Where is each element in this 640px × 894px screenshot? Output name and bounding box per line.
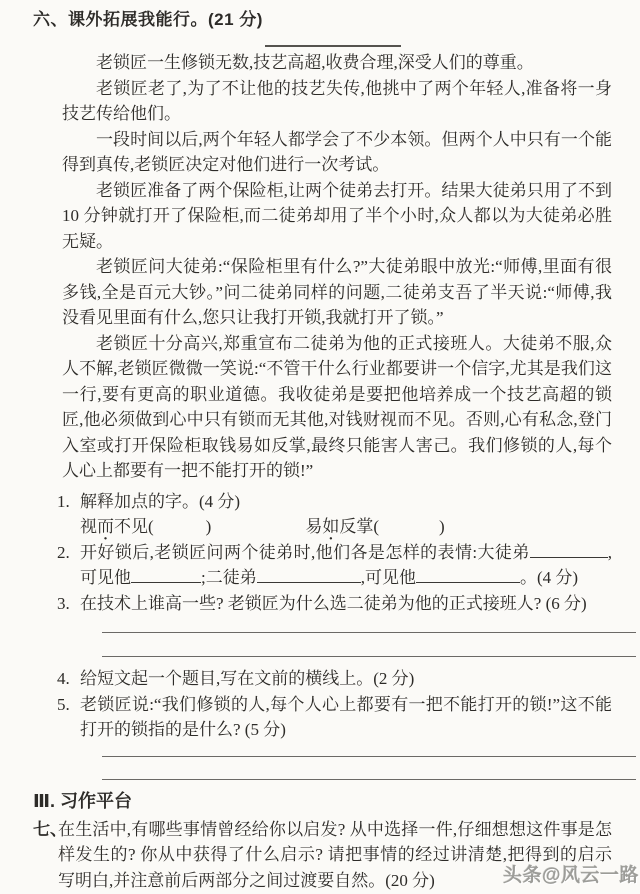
section-3-heading: Ⅲ. 习作平台 — [33, 788, 612, 815]
passage-paragraph-4: 老锁匠准备了两个保险柜,让两个徒弟去打开。结果大徒弟只用了不到 10 分钟就打开… — [62, 178, 612, 255]
answer-line-4 — [102, 779, 636, 780]
question-2-seg-3: ;二徒弟 — [201, 568, 257, 587]
idiom-1-answer-space — [154, 531, 206, 532]
question-4-text: 给短文起一个题目,写在文前的横线上。(2 分) — [80, 666, 612, 692]
question-1-text: 解释加点的字。(4 分) — [80, 489, 612, 515]
question-4: 4. 给短文起一个题目,写在文前的横线上。(2 分) — [57, 666, 612, 692]
reading-passage: 老锁匠一生修锁无数,技艺高超,收费合理,深受人们的尊重。 老锁匠老了,为了不让他… — [62, 50, 612, 484]
question-1-number: 1. — [57, 489, 80, 515]
idiom-item-1: 视而不见() — [80, 514, 211, 540]
passage-paragraph-2: 老锁匠老了,为了不让他的技艺失传,他挑中了两个年轻人,准备将一身技艺传给他们。 — [62, 76, 612, 127]
idiom-2-post: 反掌 — [339, 517, 373, 536]
question-2-text: 开好锁后,老锁匠问两个徒弟时,他们各是怎样的表情:大徒弟,可见他;二徒弟,可见他… — [80, 540, 612, 591]
question-2-seg-5: 。(4 分) — [520, 568, 578, 587]
passage-paragraph-3: 一段时间以后,两个年轻人都学会了不少本领。但两个人中只有一个能得到真传,老锁匠决… — [62, 127, 612, 178]
idiom-2-paren-open: ( — [373, 517, 379, 536]
fill-blank-1 — [530, 543, 608, 558]
passage-paragraph-5: 老锁匠问大徒弟:“保险柜里有什么?”大徒弟眼中放光:“师傅,里面有很多钱,全是百… — [62, 254, 612, 331]
question-2-number: 2. — [57, 540, 80, 566]
idiom-1-paren-open: ( — [148, 517, 154, 536]
idiom-2-pre: 易 — [305, 517, 322, 536]
passage-paragraph-6: 老锁匠十分高兴,郑重宣布二徒弟为他的正式接班人。大徒弟不服,众人不解,老锁匠微微… — [62, 331, 612, 484]
question-3-number: 3. — [57, 591, 80, 617]
idiom-2-dotted-char: 如 — [322, 514, 339, 540]
idiom-1-pre: 视 — [80, 517, 97, 536]
question-2-seg-4: ,可见他 — [361, 568, 416, 587]
question-5: 5. 老锁匠说:“我们修锁的人,每个人心上都要有一把不能打开的锁!”这不能打开的… — [57, 692, 612, 743]
fill-blank-4 — [416, 568, 520, 583]
question-5-number: 5. — [57, 692, 80, 718]
question-1: 1. 解释加点的字。(4 分) — [57, 489, 612, 515]
idiom-1-dotted-char: 而 — [97, 514, 114, 540]
answer-line-1 — [102, 632, 636, 633]
question-1-idiom-row: 视而不见() 易如反掌() — [80, 514, 612, 540]
idiom-1-post: 不见 — [114, 517, 148, 536]
question-2: 2. 开好锁后,老锁匠问两个徒弟时,他们各是怎样的表情:大徒弟,可见他;二徒弟,… — [57, 540, 612, 591]
idiom-1-paren-close: ) — [206, 517, 212, 536]
passage-paragraph-1: 老锁匠一生修锁无数,技艺高超,收费合理,深受人们的尊重。 — [62, 50, 612, 76]
worksheet-page: 六、课外拓展我能行。(21 分) 老锁匠一生修锁无数,技艺高超,收费合理,深受人… — [0, 0, 640, 894]
idiom-2-paren-close: ) — [439, 517, 445, 536]
question-2-seg-1: 开好锁后,老锁匠问两个徒弟时,他们各是怎样的表情:大徒弟 — [80, 543, 530, 562]
question-list: 1. 解释加点的字。(4 分) 视而不见() 易如反掌() 2. 开好锁后,老锁… — [57, 489, 612, 780]
section-6-heading: 六、课外拓展我能行。(21 分) — [33, 8, 612, 32]
watermark: 头条@风云一路 — [503, 860, 639, 887]
question-3: 3. 在技术上谁高一些? 老锁匠为什么选二徒弟为他的正式接班人? (6 分) — [57, 591, 612, 617]
question-4-number: 4. — [57, 666, 80, 692]
answer-line-2 — [102, 656, 636, 657]
question-3-text: 在技术上谁高一些? 老锁匠为什么选二徒弟为他的正式接班人? (6 分) — [80, 591, 612, 617]
fill-blank-2 — [131, 568, 201, 583]
idiom-item-2: 易如反掌() — [305, 514, 444, 540]
question-5-text: 老锁匠说:“我们修锁的人,每个人心上都要有一把不能打开的锁!”这不能打开的锁指的… — [80, 692, 612, 743]
section-7-number: 七、 — [33, 817, 58, 894]
passage-title-blank-line — [265, 45, 401, 47]
answer-line-3 — [102, 756, 636, 757]
fill-blank-3 — [257, 568, 361, 583]
idiom-2-answer-space — [379, 531, 439, 532]
